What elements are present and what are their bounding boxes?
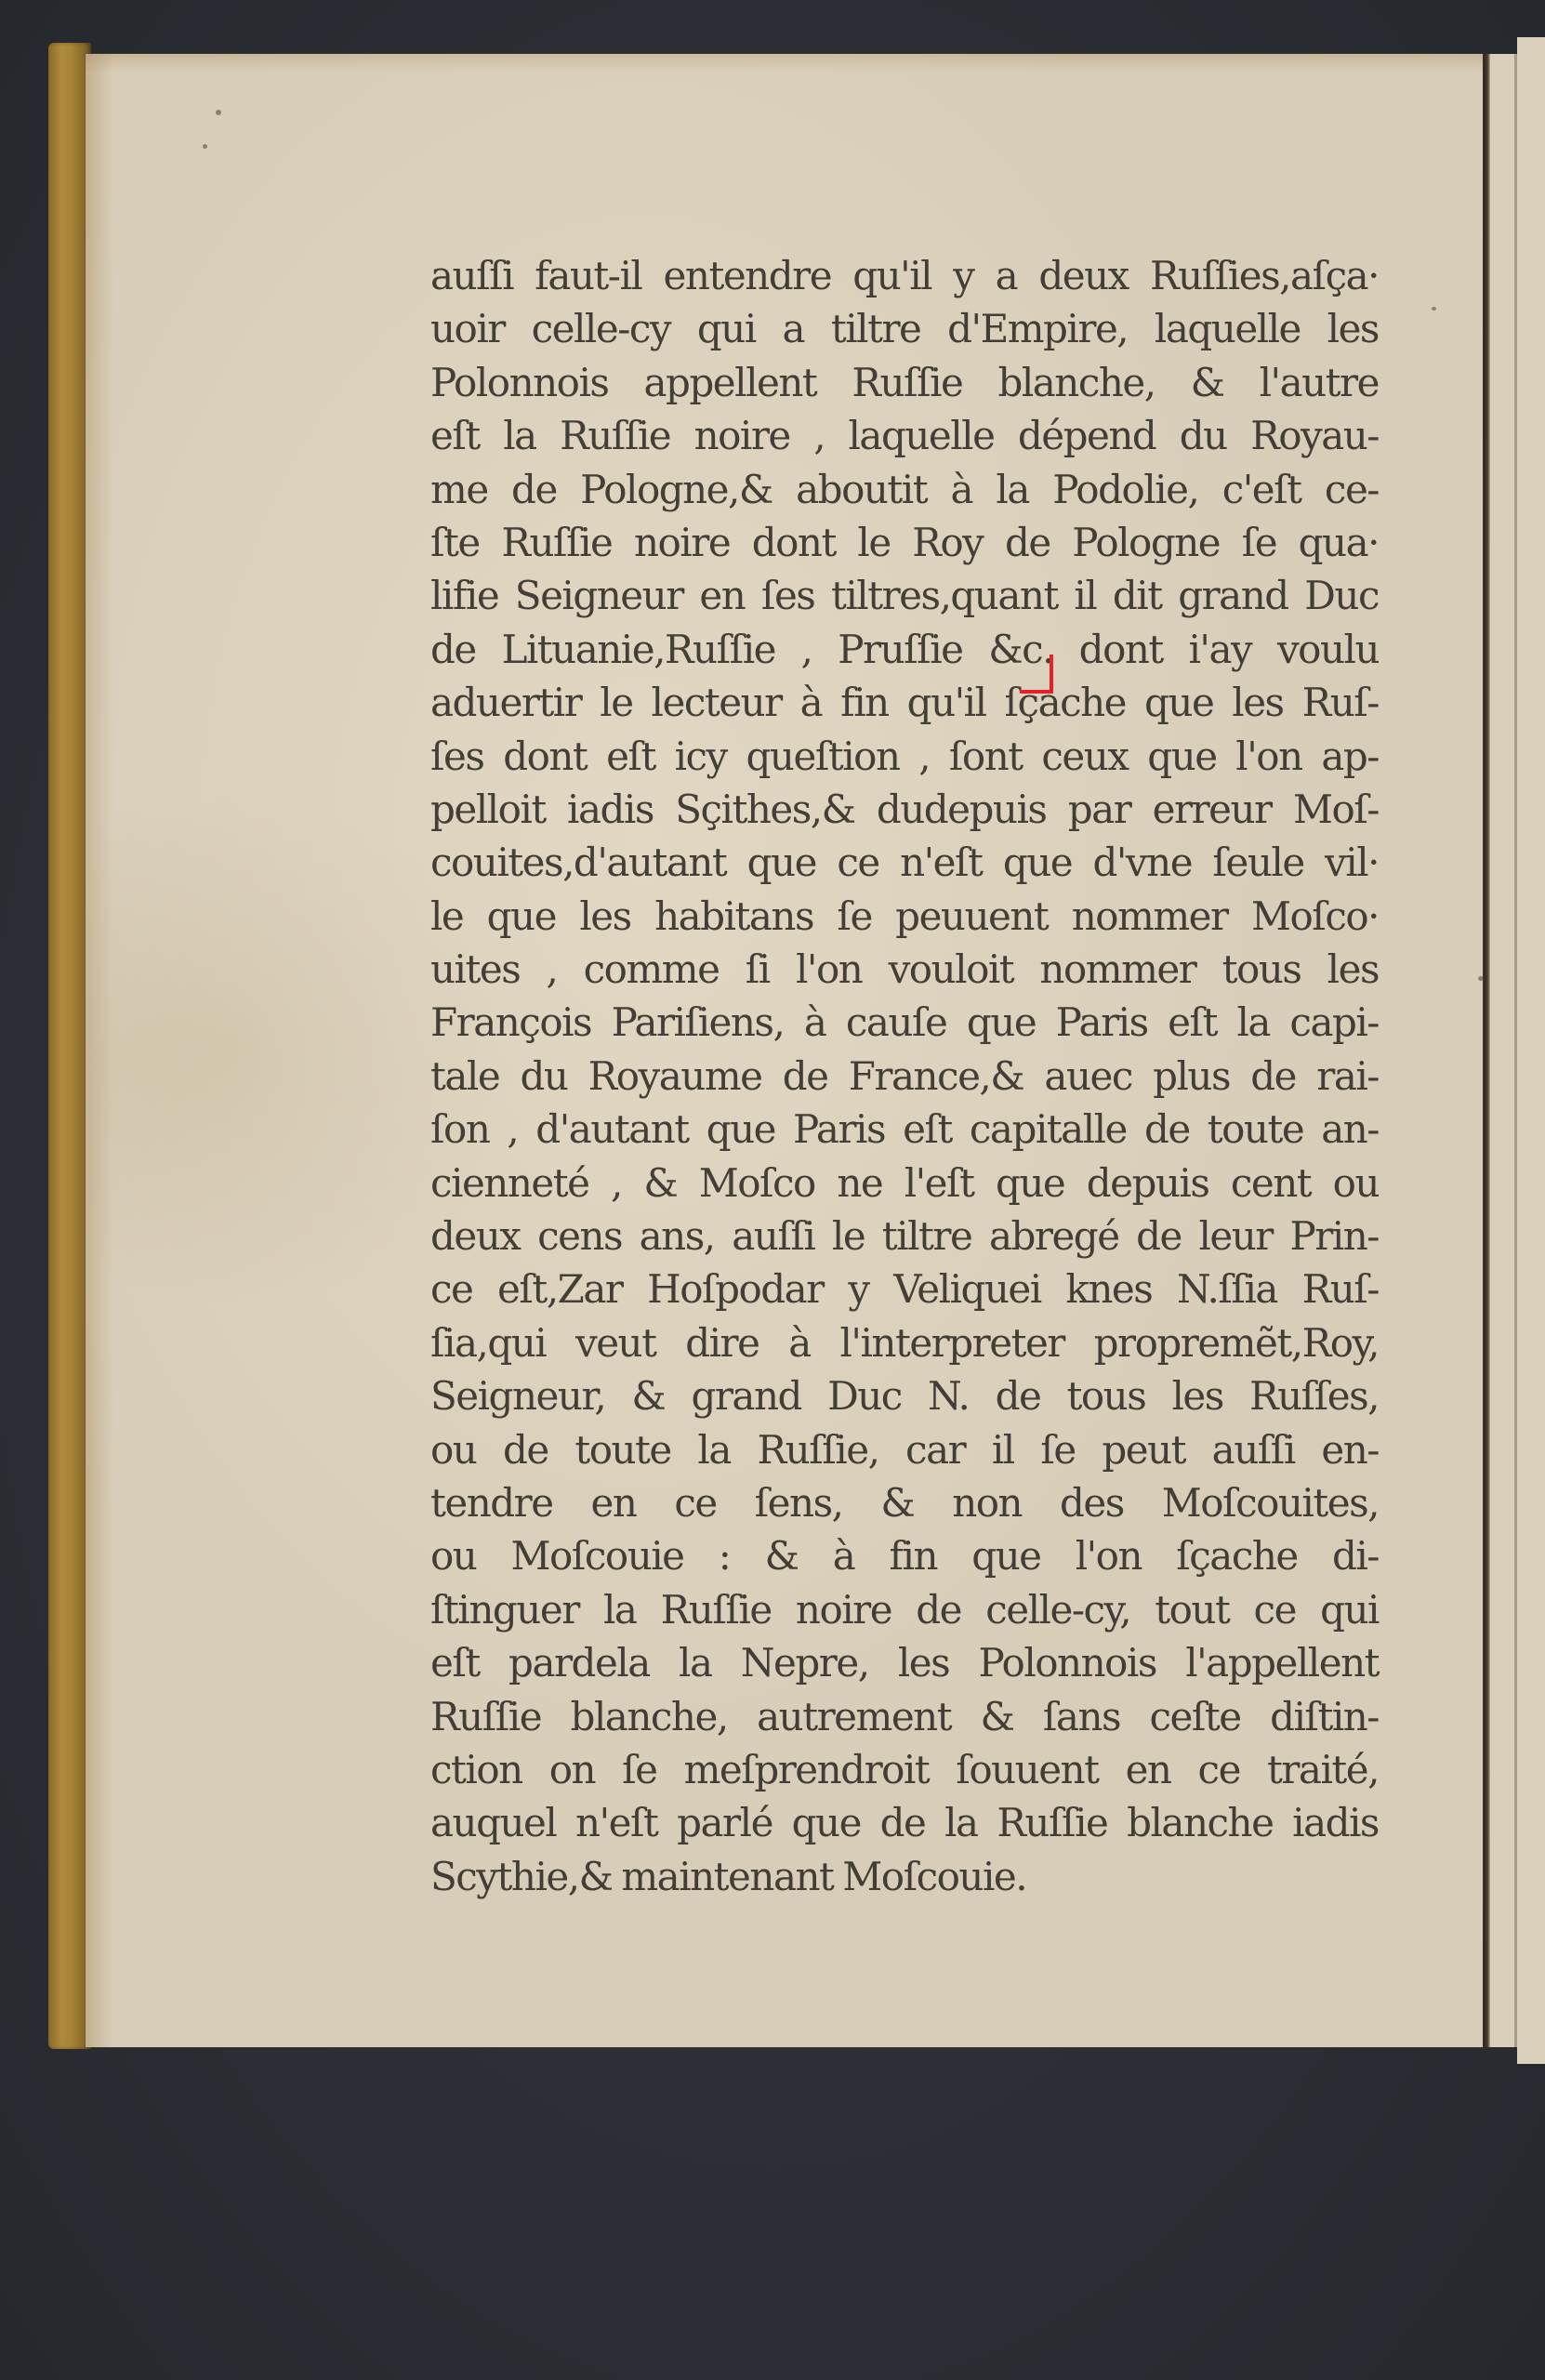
text-line: ou de toute la Ruſſie, car il ſe peut au… bbox=[430, 1423, 1379, 1476]
text-line: deux cens ans, auſſi le tiltre abregé de… bbox=[430, 1210, 1379, 1263]
text-line: ſte Ruſſie noire dont le Roy de Pologne … bbox=[430, 516, 1379, 569]
text-line: auquel n'eſt parlé que de la Ruſſie blan… bbox=[430, 1796, 1379, 1849]
text-line: uoir celle-cy qui a tiltre d'Empire, laq… bbox=[430, 302, 1379, 355]
text-line: ſes dont eſt icy queſtion , ſont ceux qu… bbox=[430, 730, 1379, 783]
text-line: auſſi faut-il entendre qu'il y a deux Ru… bbox=[430, 249, 1379, 302]
text-line: pelloit iadis Sçithes,& dudepuis par err… bbox=[430, 783, 1379, 836]
text-line: ſia,qui veut dire à l'interpreter propre… bbox=[430, 1316, 1379, 1369]
paper-speck bbox=[216, 110, 221, 115]
paper-speck bbox=[1478, 976, 1484, 981]
paper-speck bbox=[203, 144, 207, 149]
text-line: ſtinguer la Ruſſie noire de celle-cy, to… bbox=[430, 1583, 1379, 1636]
text-line: Polonnois appellent Ruſſie blanche, & l'… bbox=[430, 356, 1379, 409]
text-line: couites,d'autant que ce n'eſt que d'vne … bbox=[430, 836, 1379, 889]
text-line: uites , comme ſi l'on vouloit nommer tou… bbox=[430, 943, 1379, 996]
text-line: Scythie,& maintenant Moſcouie. bbox=[430, 1850, 1379, 1903]
red-bracket-annotation bbox=[1020, 654, 1053, 694]
text-line: lifie Seigneur en ſes tiltres,quant il d… bbox=[430, 569, 1379, 622]
text-line: ou Moſcouie : & à fin que l'on ſçache di… bbox=[430, 1529, 1379, 1582]
text-line: le que les habitans ſe peuuent nommer Mo… bbox=[430, 890, 1379, 943]
text-line: ce eſt,Zar Hoſpodar y Veliquei knes N.ſſ… bbox=[430, 1263, 1379, 1316]
text-line: François Pariſiens, à cauſe que Paris eſ… bbox=[430, 996, 1379, 1049]
text-line: cienneté , & Moſco ne l'eſt que depuis c… bbox=[430, 1157, 1379, 1210]
text-line: me de Pologne,& aboutit à la Podolie, c'… bbox=[430, 463, 1379, 516]
text-line: tale du Royaume de France,& auec plus de… bbox=[430, 1050, 1379, 1103]
next-page-edge-outer bbox=[1517, 37, 1545, 2064]
text-line: ction on ſe meſprendroit ſouuent en ce t… bbox=[430, 1743, 1379, 1796]
text-line: de Lituanie,Ruſſie , Pruſſie &c. dont i'… bbox=[430, 623, 1379, 676]
paper-speck bbox=[1432, 307, 1436, 311]
text-line: tendre en ce ſens, & non des Moſcouites, bbox=[430, 1476, 1379, 1529]
next-page-edge bbox=[1490, 54, 1517, 2047]
text-line: eſt la Ruſſie noire , laquelle dépend du… bbox=[430, 409, 1379, 462]
text-line: Ruſſie blanche, autrement & ſans ceſte d… bbox=[430, 1690, 1379, 1743]
text-line: aduertir le lecteur à fin qu'il ſçache q… bbox=[430, 676, 1379, 729]
page-text-block: auſſi faut-il entendre qu'il y a deux Ru… bbox=[430, 249, 1379, 1903]
text-line: eſt pardela la Nepre, les Polonnois l'ap… bbox=[430, 1636, 1379, 1689]
text-line: ſon , d'autant que Paris eſt capitalle d… bbox=[430, 1103, 1379, 1156]
text-line: Seigneur, & grand Duc N. de tous les Ruſ… bbox=[430, 1369, 1379, 1422]
